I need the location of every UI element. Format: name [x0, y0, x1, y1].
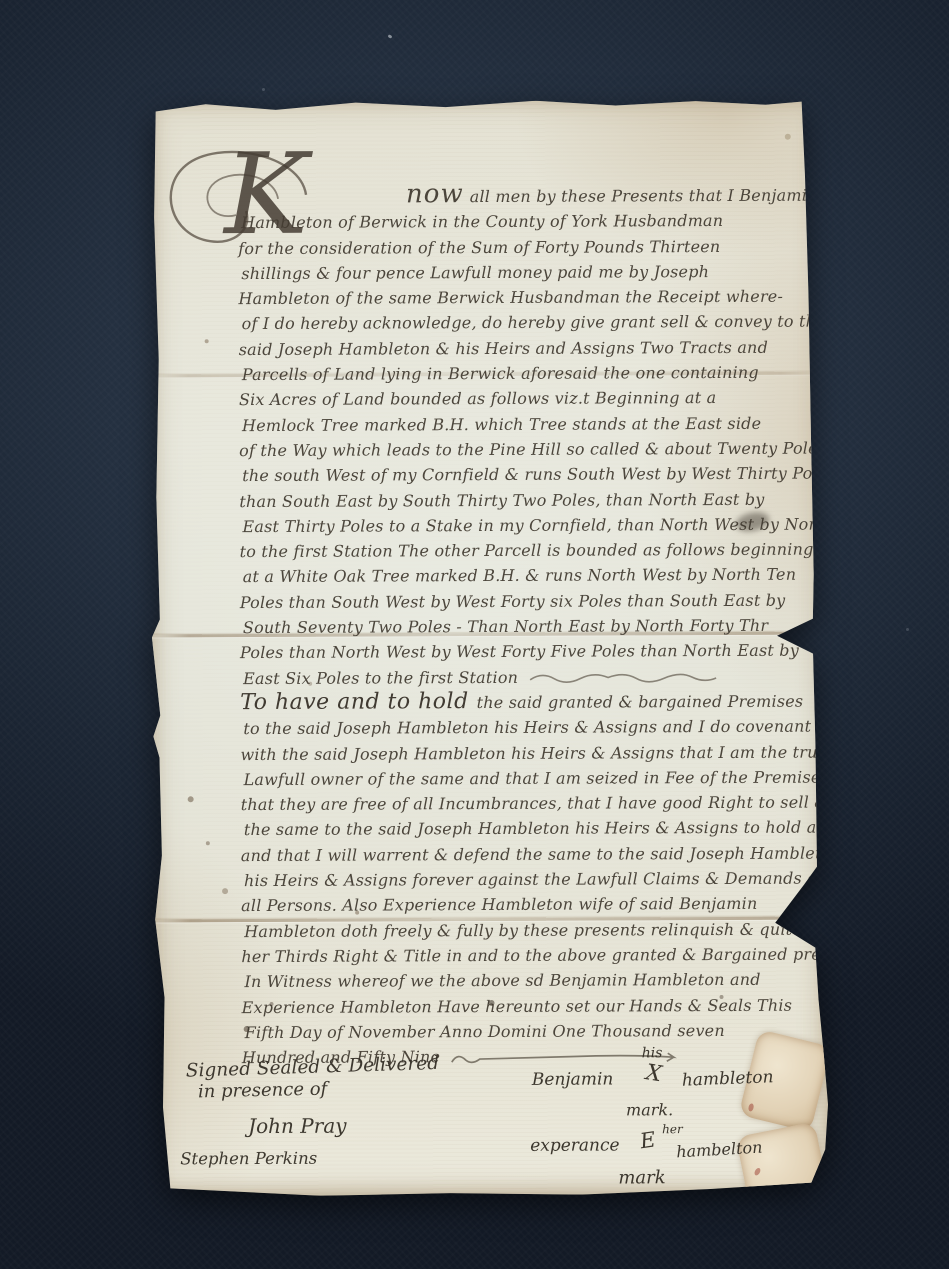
deed-line: of I do hereby acknowledge, do hereby gi… — [242, 309, 805, 337]
opening-word: now — [406, 179, 464, 209]
ink-flourish — [528, 670, 718, 685]
deed-line: her Thirds Right & Title in and to the a… — [241, 942, 807, 970]
lint-speck — [262, 88, 265, 91]
lint-speck — [906, 628, 909, 631]
deed-line: for the consideration of the Sum of Fort… — [238, 233, 804, 261]
experience-her-label: her — [662, 1122, 683, 1136]
deed-line: the same to the said Joseph Hambleton hi… — [244, 815, 807, 843]
signature-block: his Benjamin X hambleton mark. her exper… — [530, 1045, 831, 1196]
deed-line: Six Acres of Land bounded as follows viz… — [239, 385, 805, 413]
deed-line: Hambleton of Berwick in the County of Yo… — [241, 208, 804, 236]
presence-line: in presence of — [198, 1076, 440, 1102]
deed-line: East Six Poles to the first Station — [243, 663, 806, 691]
deed-line: his Heirs & Assigns forever against the … — [244, 866, 807, 894]
deed-line: all Persons. Also Experience Hambleton w… — [241, 891, 807, 919]
deed-line: Hambleton of the same Berwick Husbandman… — [238, 284, 804, 312]
photo-background: Knowall men by these Presents that I Ben… — [0, 0, 949, 1269]
manuscript-paper-wrap: Knowall men by these Presents that I Ben… — [148, 96, 830, 1198]
habendum-lead: To have and to hold — [240, 689, 469, 715]
deed-line: that they are free of all Incumbrances, … — [241, 790, 807, 818]
experience-surname: hambelton — [676, 1138, 763, 1162]
lint-speck — [388, 34, 393, 39]
deed-line: Knowall men by these Presents that I Ben… — [238, 181, 804, 211]
deed-line: of the Way which leads to the Pine Hill … — [239, 436, 805, 464]
witness-signature: John Pray — [248, 1113, 439, 1138]
deed-line: East Thirty Poles to a Stake in my Cornf… — [242, 511, 805, 539]
deed-line: Parcells of Land lying in Berwick afores… — [242, 360, 805, 388]
deed-line: Fifth Day of November Anno Domini One Th… — [245, 1017, 808, 1045]
deed-line: the south West of my Cornfield & runs So… — [242, 461, 805, 489]
deed-line: Experience Hambleton Have hereunto set o… — [242, 992, 808, 1020]
deed-line: In Witness whereof we the above sd Benja… — [244, 967, 807, 995]
manuscript-paper: Knowall men by these Presents that I Ben… — [146, 95, 833, 1200]
deed-line: to the first Station The other Parcell i… — [240, 537, 806, 565]
deed-line: Poles than North West by West Forty Five… — [240, 638, 806, 666]
deed-line: with the said Joseph Hambleton his Heirs… — [240, 739, 806, 767]
deed-line-text: East Six Poles to the first Station — [243, 668, 518, 688]
deed-line: said Joseph Hambleton & his Heirs and As… — [239, 334, 805, 362]
witness-block: Signed Sealed & Delivered in presence of… — [186, 1056, 440, 1168]
experience-mark: E — [639, 1127, 658, 1153]
experience-mark-label: mark — [618, 1167, 665, 1188]
benjamin-name: Benjamin — [532, 1069, 614, 1089]
foxing-spots — [146, 97, 150, 101]
ornate-initial: K — [224, 139, 308, 251]
deed-line: shillings & four pence Lawfull money pai… — [241, 259, 804, 287]
benjamin-mark: X — [644, 1060, 663, 1087]
benjamin-his-label: his — [642, 1045, 663, 1061]
deed-line: Hemlock Tree marked B.H. which Tree stan… — [242, 410, 805, 438]
experience-name: experance — [530, 1135, 619, 1155]
deed-line-habendum: To have and to holdthe said granted & ba… — [240, 689, 806, 717]
witness-signature: Stephen Perkins — [180, 1148, 439, 1168]
deed-line-text: the said granted & bargained Premises — [477, 692, 804, 712]
deed-line: than South East by South Thirty Two Pole… — [239, 486, 805, 514]
deed-line-text: all men by these Presents that I Benjami… — [470, 186, 818, 207]
deed-line: Lawfull owner of the same and that I am … — [244, 764, 807, 792]
deed-line: South Seventy Two Poles - Than North Eas… — [243, 613, 806, 641]
deed-line: Poles than South West by West Forty six … — [240, 587, 806, 615]
deed-text: Knowall men by these Presents that I Ben… — [238, 181, 808, 1071]
deed-line: and that I will warrent & defend the sam… — [241, 840, 807, 868]
benjamin-mark-label: mark. — [626, 1100, 673, 1119]
benjamin-surname: hambleton — [682, 1067, 774, 1091]
deed-line: to the said Joseph Hambleton his Heirs &… — [243, 714, 806, 742]
deed-line: Hambleton doth freely & fully by these p… — [244, 916, 807, 944]
deed-line: at a White Oak Tree marked B.H. & runs N… — [243, 562, 806, 590]
